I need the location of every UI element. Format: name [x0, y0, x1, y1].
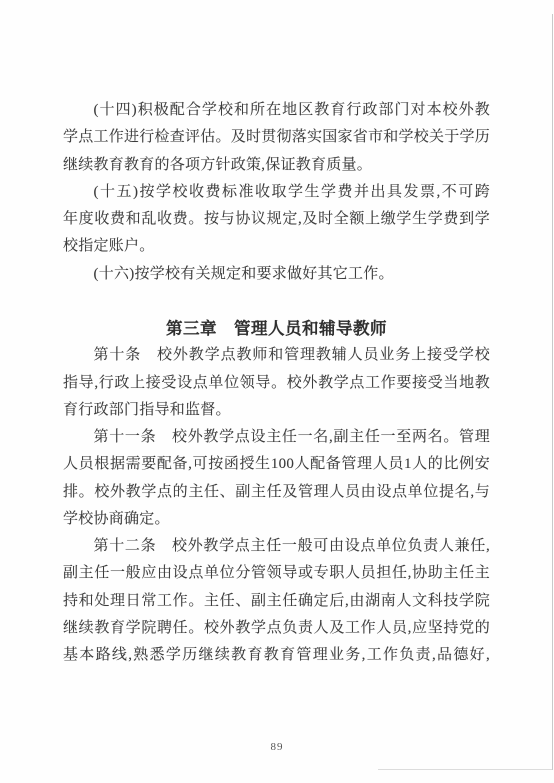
text-line: 年度收费和乱收费。按与协议规定,及时全额上缴学生学费到学 [63, 206, 490, 233]
text-line: 第十二条 校外教学点主任一般可由设点单位负责人兼任, [63, 533, 490, 560]
text-line: (十四)积极配合学校和所在地区教育行政部门对本校外教 [63, 97, 490, 124]
text-line: 指导,行政上接受设点单位领导。校外教学点工作要接受当地教 [63, 370, 490, 397]
spacer [63, 288, 490, 315]
text-line: 校指定账户。 [63, 233, 490, 260]
page-background: (十四)积极配合学校和所在地区教育行政部门对本校外教学点工作进行检查评估。及时贯… [0, 0, 554, 783]
paragraph: 第十二条 校外教学点主任一般可由设点单位负责人兼任,副主任一般应由设点单位分管领… [63, 533, 490, 669]
text-line: 副主任一般应由设点单位分管领导或专职人员担任,协助主任主 [63, 560, 490, 587]
text-line: 继续教育教育的各项方针政策,保证教育质量。 [63, 152, 490, 179]
text-line: 人员根据需要配备,可按函授生100人配备管理人员1人的比例安 [63, 451, 490, 478]
paragraph: (十六)按学校有关规定和要求做好其它工作。 [63, 261, 490, 288]
text-line: (十五)按学校收费标准收取学生学费并出具发票,不可跨 [63, 179, 490, 206]
text-line: 基本路线,熟悉学历继续教育教育管理业务,工作负责,品德好, [63, 642, 490, 669]
page-edge-bottom [378, 769, 552, 770]
text-line: (十六)按学校有关规定和要求做好其它工作。 [63, 261, 490, 288]
page-edge-right [552, 14, 553, 770]
paragraph: 第十条 校外教学点教师和管理教辅人员业务上接受学校指导,行政上接受设点单位领导。… [63, 342, 490, 424]
text-line: 育行政部门指导和监督。 [63, 397, 490, 424]
text-line: 排。校外教学点的主任、副主任及管理人员由设点单位提名,与 [63, 479, 490, 506]
document-page: { "page": { "number": "89" }, "document"… [0, 0, 554, 783]
text-line: 继续教育学院聘任。校外教学点负责人及工作人员,应坚持党的 [63, 615, 490, 642]
paragraph: 第十一条 校外教学点设主任一名,副主任一至两名。管理人员根据需要配备,可按函授生… [63, 424, 490, 533]
text-block: (十四)积极配合学校和所在地区教育行政部门对本校外教学点工作进行检查评估。及时贯… [63, 97, 490, 669]
text-line: 持和处理日常工作。主任、副主任确定后,由湖南人文科技学院 [63, 588, 490, 615]
page-number: 89 [0, 740, 554, 754]
paragraph: (十四)积极配合学校和所在地区教育行政部门对本校外教学点工作进行检查评估。及时贯… [63, 97, 490, 179]
text-line: 学点工作进行检查评估。及时贯彻落实国家省市和学校关于学历 [63, 124, 490, 151]
paragraph: (十五)按学校收费标准收取学生学费并出具发票,不可跨年度收费和乱收费。按与协议规… [63, 179, 490, 261]
chapter-heading: 第三章 管理人员和辅导教师 [63, 315, 490, 342]
text-line: 第十条 校外教学点教师和管理教辅人员业务上接受学校 [63, 342, 490, 369]
text-line: 第十一条 校外教学点设主任一名,副主任一至两名。管理 [63, 424, 490, 451]
text-line: 学校协商确定。 [63, 506, 490, 533]
